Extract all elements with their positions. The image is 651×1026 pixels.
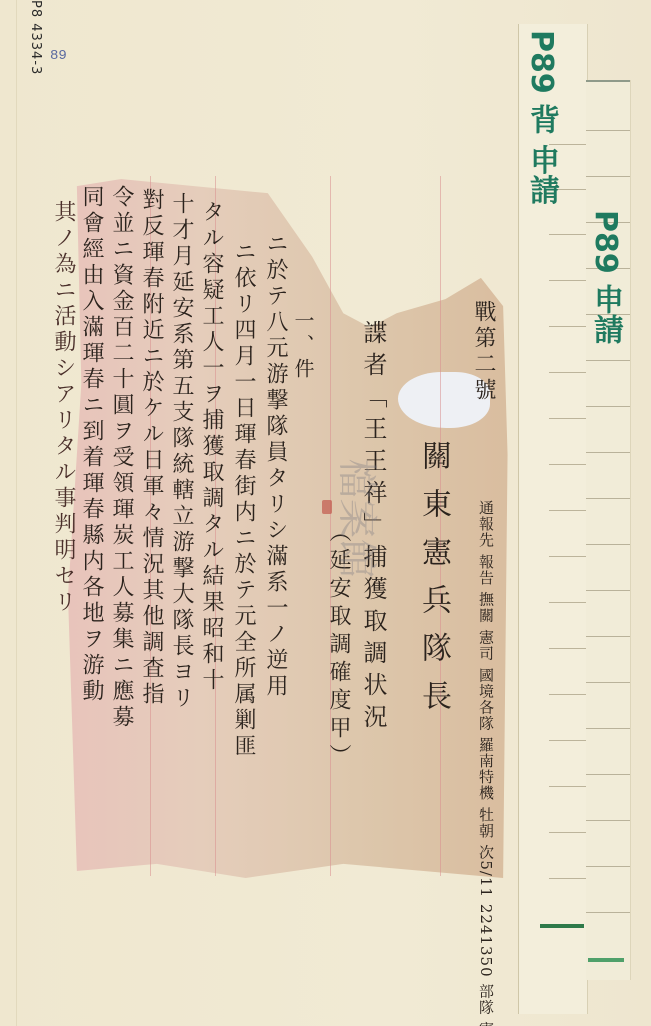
page-fold-line: [16, 0, 17, 1026]
green-underline-mark: [540, 924, 584, 928]
body-column-1: ニ於テ八元游撃隊員タリシ滿系一ノ逆用: [262, 232, 288, 700]
archive-mark: P8 4334-3 89: [28, 0, 68, 100]
body-column-2: ニ依リ四月一日琿春街内ニ於テ元全所属剿匪: [230, 240, 256, 760]
body-column-3: タル容疑工人一ヲ捕獲取調タル結果昭和十: [198, 200, 224, 694]
archive-stamp-number: 89: [50, 48, 67, 64]
body-column-8: 其ノ為ニ活動シアリタル事判明セリ: [50, 200, 76, 616]
recipient-line: 關東憲兵隊長: [420, 440, 446, 728]
archive-code: P8 4334-3: [28, 0, 43, 75]
section-label: 一、件: [290, 310, 316, 382]
margin-note-index: P89 申請: [590, 210, 620, 344]
margin-note-strip: P89 背 申請: [526, 30, 556, 205]
body-column-4: 十才月延安系第五支隊統轄立游撃大隊長ヨリ: [168, 192, 194, 712]
green-highlight-mark: [588, 958, 624, 962]
body-column-5: 對反琿春附近ニ於ケル日軍々情況其他調査指: [138, 188, 164, 708]
red-seal-mark: [322, 500, 332, 514]
distribution-note: 通報先 報告 撫關 憲司 國境各隊 羅南特機 牡朝 次5/11 2241350 …: [478, 500, 494, 880]
document-header-number: 戰第二號: [470, 300, 496, 404]
archive-watermark: 檔案館: [332, 459, 389, 579]
body-column-6: 令並ニ資金百二十圓ヲ受領琿炭工人募集ニ應募: [108, 185, 134, 731]
body-column-7: 同會經由入滿琿春ニ到着琿春縣内各地ヲ游動: [78, 185, 104, 705]
